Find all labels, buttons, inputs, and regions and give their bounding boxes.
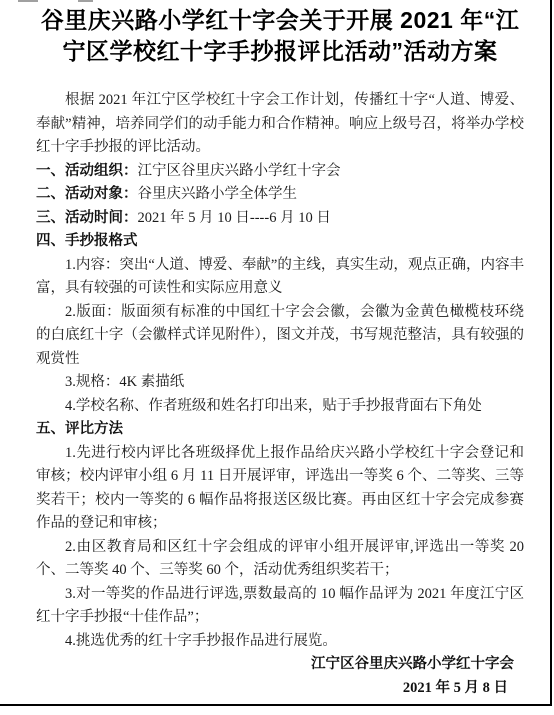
document-page: 谷里庆兴路小学红十字会关于开展 2021 年“江宁区学校红十字手抄报评比活动”活…	[0, 0, 554, 715]
page-border	[0, 0, 552, 706]
top-border-fragment	[78, 0, 93, 2]
top-border-fragment	[18, 0, 38, 2]
